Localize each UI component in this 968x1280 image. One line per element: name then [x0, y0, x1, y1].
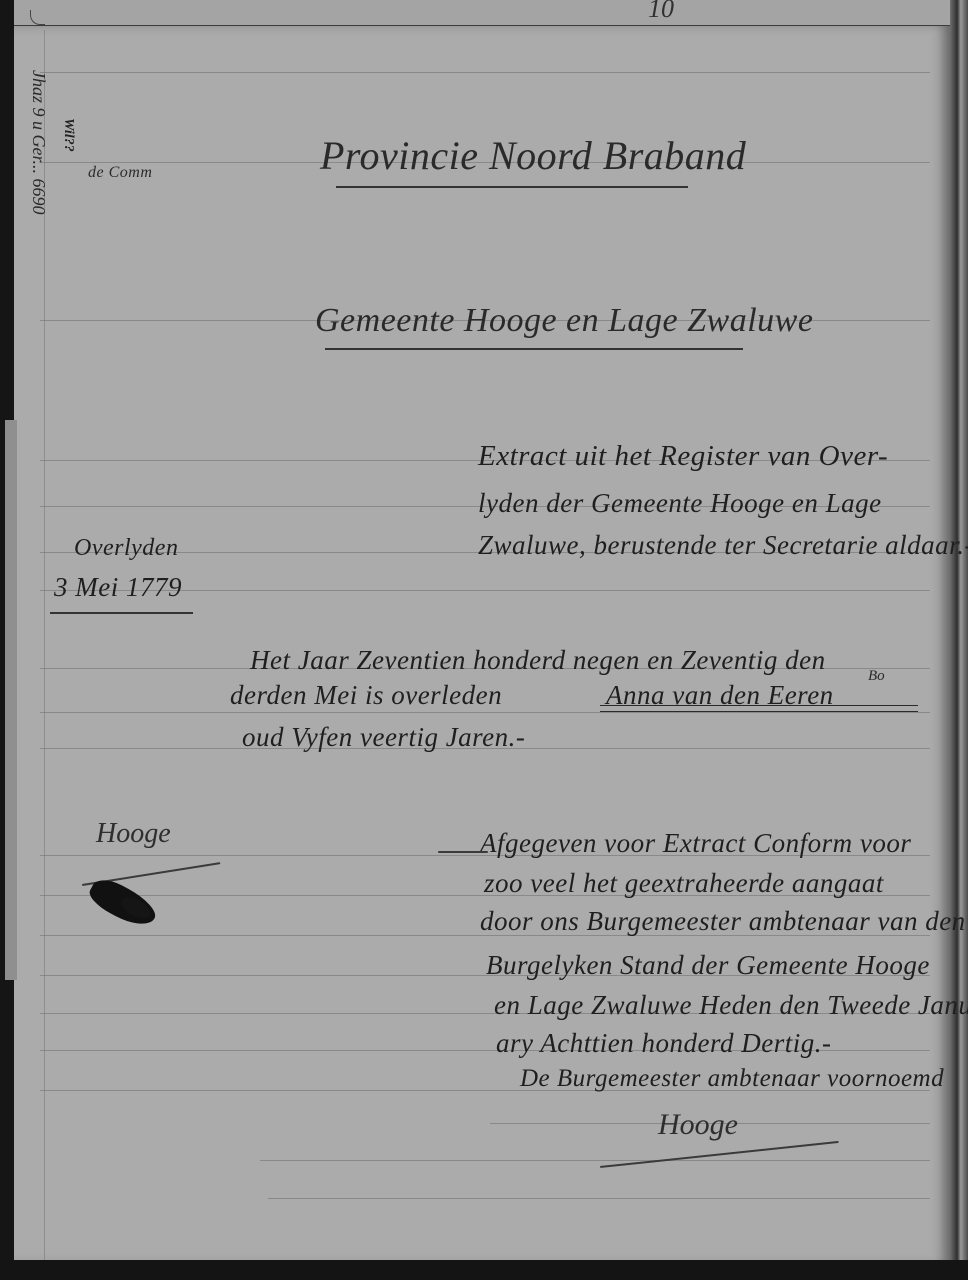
attestation-closing: De Burgemeester ambtenaar voornoemd	[520, 1065, 944, 1093]
record-line-3: oud Vyfen veertig Jaren.-	[242, 722, 525, 753]
attestation-line-1: Afgegeven voor Extract Conform voor	[480, 828, 911, 859]
municipality-underline	[325, 348, 743, 350]
document-scan: 10 Jhaz 9 u Ger... 6690 Wil?? de Comm Pr…	[0, 0, 968, 1280]
attestation-line-3: door ons Burgemeester ambtenaar van den	[480, 906, 966, 937]
ruled-line	[40, 72, 930, 73]
extract-heading-line-2: lyden der Gemeente Hooge en Lage	[478, 488, 882, 519]
attestation-line-5: en Lage Zwaluwe Heden den Tweede Janu-	[494, 990, 968, 1021]
left-signature: Hooge	[96, 818, 171, 850]
margin-death-date: 3 Mei 1779	[54, 572, 182, 603]
attestation-line-4: Burgelyken Stand der Gemeente Hooge	[486, 950, 930, 981]
margin-death-label: Overlyden	[74, 535, 178, 562]
province-underline	[336, 186, 688, 188]
previous-page-number: 10	[648, 0, 674, 24]
margin-vertical-annotation: Jhaz 9 u Ger... 6690	[28, 70, 49, 215]
attestation-line-2: zoo veel het geextraheerde aangaat	[484, 868, 884, 899]
extract-heading-line-1: Extract uit het Register van Over-	[478, 440, 888, 473]
municipality-heading: Gemeente Hooge en Lage Zwaluwe	[315, 302, 813, 340]
margin-rule	[44, 30, 45, 1260]
attestation-lead-flourish	[438, 851, 488, 853]
ruled-line	[268, 1198, 930, 1199]
mayor-signature: Hooge	[658, 1108, 738, 1142]
margin-date-underline	[50, 612, 193, 614]
corner-mark	[30, 10, 45, 25]
book-binding-bottom	[0, 1260, 968, 1280]
margin-initials: de Comm	[88, 164, 152, 182]
attestation-line-6: ary Achttien honderd Dertig.-	[496, 1028, 831, 1059]
name-superscript: Bo	[868, 668, 885, 685]
page-edge-right	[950, 0, 968, 1280]
extract-heading-line-3: Zwaluwe, berustende ter Secretarie aldaa…	[478, 530, 968, 561]
binding-gap	[5, 420, 17, 980]
record-line-2: derden Mei is overleden	[230, 680, 502, 711]
record-line-1: Het Jaar Zeventien honderd negen en Zeve…	[250, 645, 826, 676]
margin-vertical-stamp: Wil??	[60, 118, 76, 152]
ruled-line	[260, 1160, 930, 1161]
ruled-line	[40, 712, 930, 713]
deceased-name-underline	[600, 705, 918, 712]
province-heading: Provincie Noord Braband	[320, 132, 746, 179]
